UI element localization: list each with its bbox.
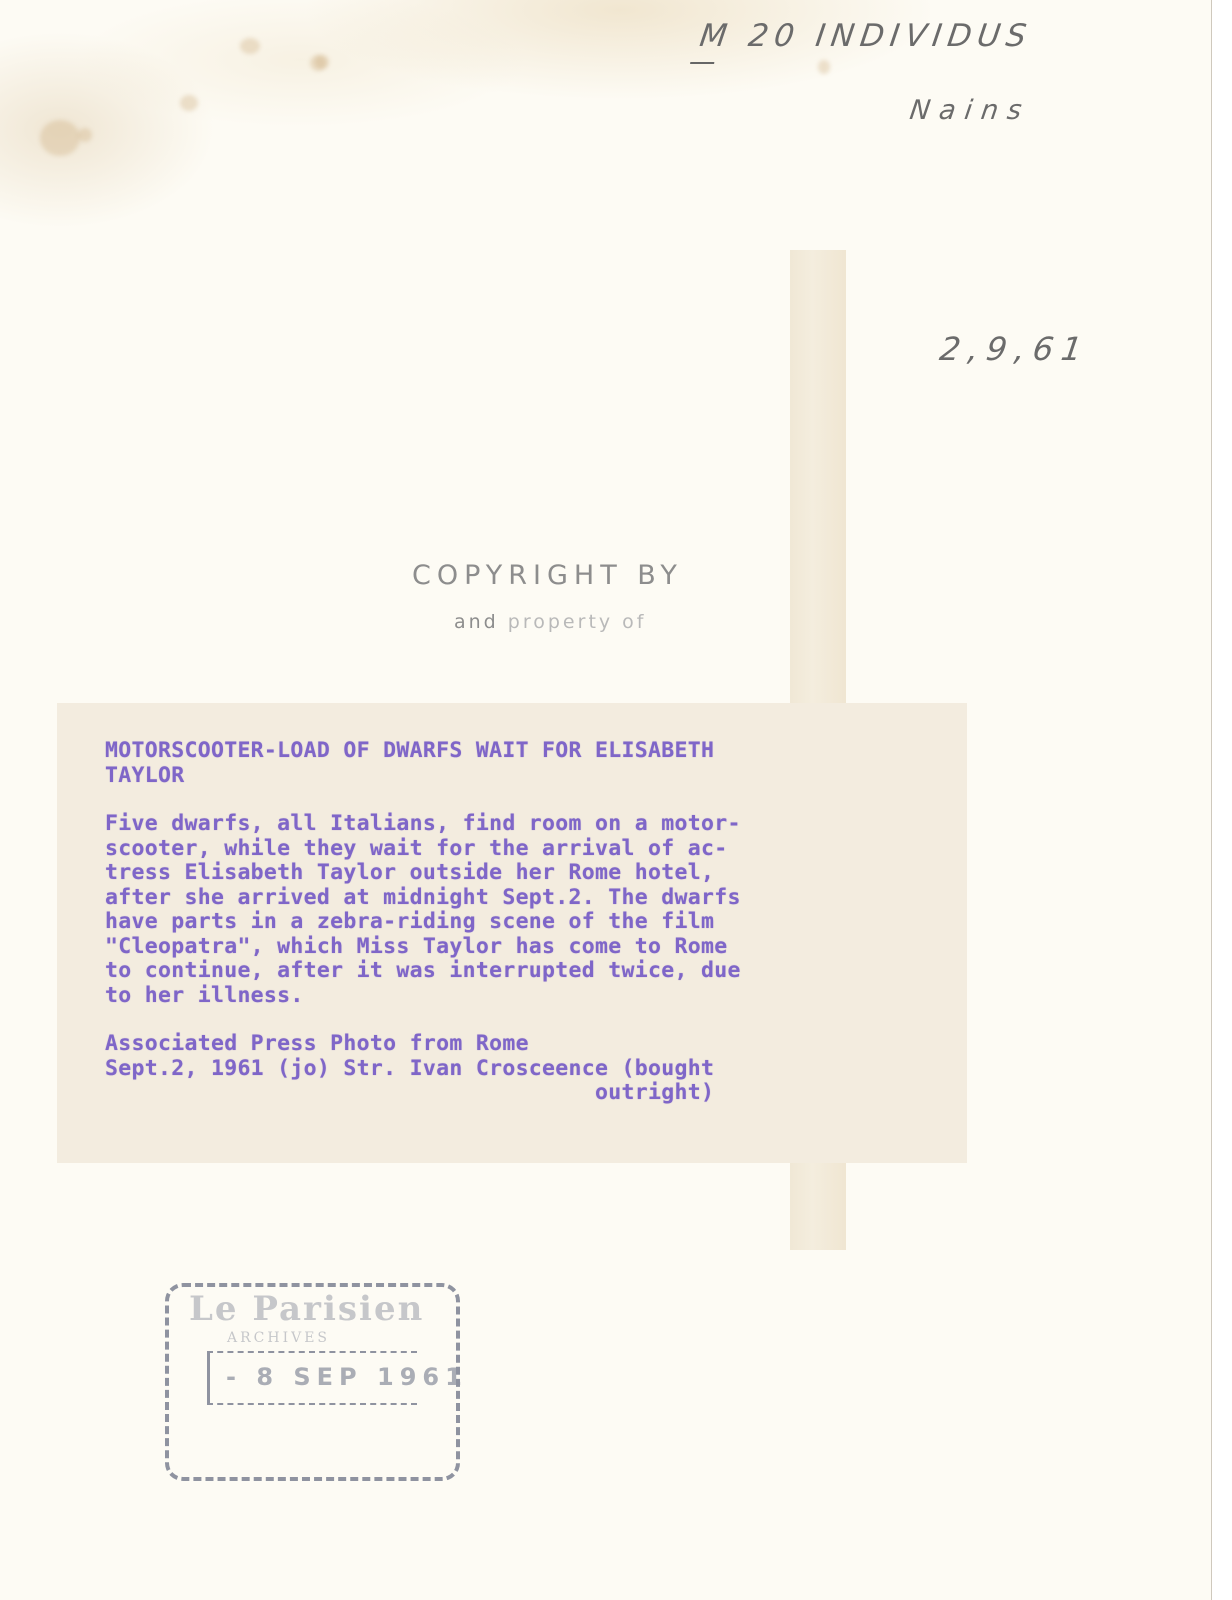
handwritten-date: 2,9,61: [937, 330, 1092, 368]
foxing-stain: [315, 55, 329, 69]
stamp-date-box: - 8 SEP 1961: [207, 1351, 417, 1405]
handwritten-archive-code: M 20 INDIVIDUS: [697, 18, 1034, 54]
caption-body-line: to her illness.: [105, 984, 927, 1009]
copyright-line: COPYRIGHT BY: [412, 560, 683, 591]
foxing-stain: [818, 60, 830, 74]
caption-body-line: tress Elisabeth Taylor outside her Rome …: [105, 861, 927, 886]
caption-body-line: scooter, while they wait for the arrival…: [105, 837, 927, 862]
caption-body-line: "Cleopatra", which Miss Taylor has come …: [105, 935, 927, 960]
archive-stamp: Le Parisien ARCHIVES - 8 SEP 1961: [165, 1283, 460, 1481]
handwritten-category: Nains: [908, 95, 1033, 126]
stamp-date: - 8 SEP 1961: [226, 1363, 468, 1391]
foxing-stain: [180, 95, 198, 111]
caption-headline-line: TAYLOR: [105, 764, 927, 789]
caption-headline-line: MOTORSCOOTER-LOAD OF DWARFS WAIT FOR ELI…: [105, 739, 927, 764]
caption-credit-line: outright): [105, 1081, 927, 1106]
typed-caption-label: MOTORSCOOTER-LOAD OF DWARFS WAIT FOR ELI…: [57, 703, 967, 1163]
caption-body-line: Five dwarfs, all Italians, find room on …: [105, 812, 927, 837]
stamp-department: ARCHIVES: [227, 1330, 330, 1346]
property-line: and property of: [454, 611, 683, 633]
caption-credit-line: Sept.2, 1961 (jo) Str. Ivan Crosceence (…: [105, 1057, 927, 1082]
foxing-stain: [40, 120, 80, 156]
foxing-stain: [78, 128, 92, 142]
stamp-publication-name: Le Parisien: [189, 1289, 424, 1329]
foxing-stain: [240, 38, 260, 54]
copyright-stamp: COPYRIGHT BY and property of: [412, 560, 683, 633]
caption-credit-line: Associated Press Photo from Rome: [105, 1032, 927, 1057]
caption-body-line: to continue, after it was interrupted tw…: [105, 959, 927, 984]
underline-mark: [690, 62, 714, 64]
photo-back-page: M 20 INDIVIDUS Nains 2,9,61 COPYRIGHT BY…: [0, 0, 1212, 1600]
caption-body-line: after she arrived at midnight Sept.2. Th…: [105, 886, 927, 911]
caption-body-line: have parts in a zebra-riding scene of th…: [105, 910, 927, 935]
